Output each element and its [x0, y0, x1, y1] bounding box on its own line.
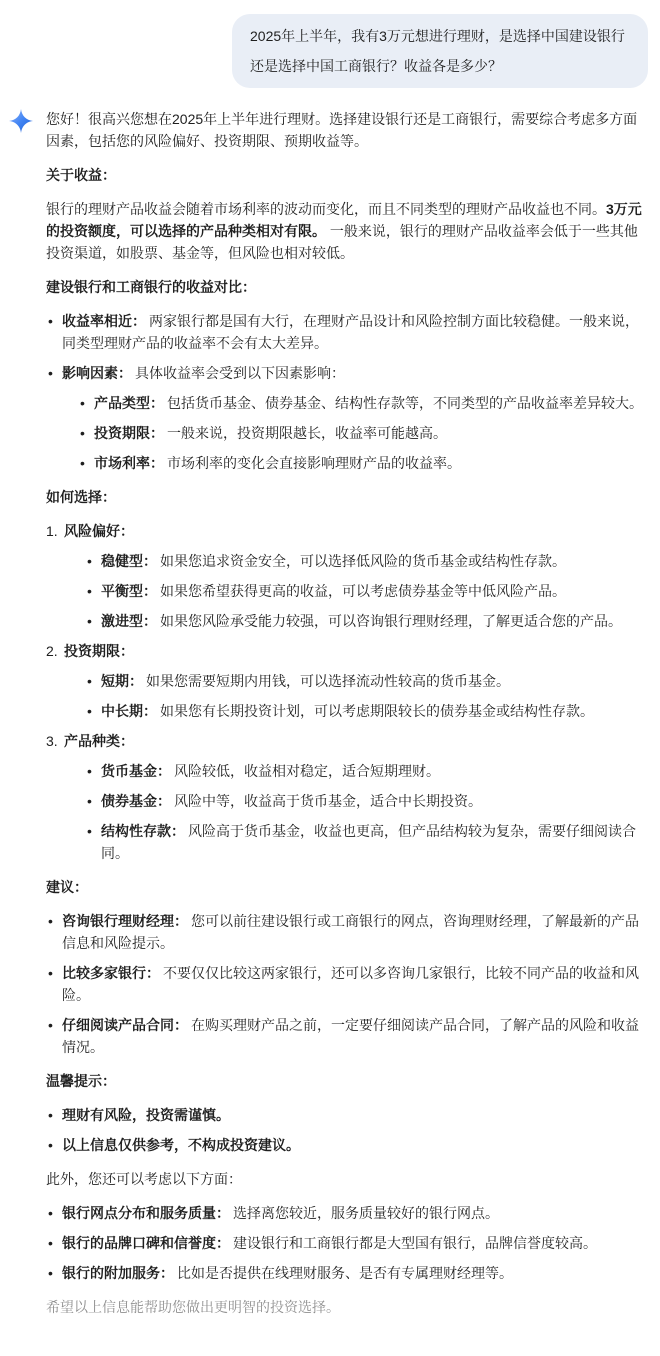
assistant-intro: 您好！很高兴您想在2025年上半年进行理财。选择建设银行还是工商银行，需要综合考…	[46, 108, 645, 152]
item-text: 风险较低，收益相对稳定，适合短期理财。	[174, 763, 440, 779]
assistant-message: 您好！很高兴您想在2025年上半年进行理财。选择建设银行还是工商银行，需要综合考…	[46, 108, 645, 1330]
income-text-pre: 银行的理财产品收益会随着市场利率的波动而变化，而且不同类型的理财产品收益也不同。	[46, 201, 606, 217]
section-heading-extra: 此外，您还可以考虑以下方面：	[46, 1168, 645, 1190]
list-item: 货币基金：风险较低，收益相对稳定，适合短期理财。	[85, 760, 645, 782]
user-message-text: 2025年上半年，我有3万元想进行理财，是选择中国建设银行还是选择中国工商银行？…	[250, 28, 625, 74]
item-label: 影响因素：	[62, 365, 132, 381]
item-text: 市场利率的变化会直接影响理财产品的收益率。	[167, 455, 461, 471]
list-item: 银行的附加服务：比如是否提供在线理财服务、是否有专属理财经理等。	[46, 1262, 645, 1284]
list-item: 影响因素：具体收益率会受到以下因素影响： 产品类型：包括货币基金、债券基金、结构…	[46, 362, 645, 474]
list-item: 理财有风险，投资需谨慎。	[46, 1104, 645, 1126]
income-paragraph: 银行的理财产品收益会随着市场利率的波动而变化，而且不同类型的理财产品收益也不同。…	[46, 198, 645, 264]
list-item: 比较多家银行：不要仅仅比较这两家银行，还可以多咨询几家银行，比较不同产品的收益和…	[46, 962, 645, 1006]
item-text: 包括货币基金、债券基金、结构性存款等，不同类型的产品收益率差异较大。	[167, 395, 643, 411]
item-label: 银行的附加服务：	[62, 1265, 174, 1281]
section-heading-income: 关于收益：	[46, 164, 645, 186]
item-label: 短期：	[101, 673, 143, 689]
item-text: 比如是否提供在线理财服务、是否有专属理财经理等。	[177, 1265, 513, 1281]
list-item: 投资期限：一般来说，投资期限越长，收益率可能越高。	[78, 422, 645, 444]
item-label: 中长期：	[101, 703, 157, 719]
list-item: 以上信息仅供参考，不构成投资建议。	[46, 1134, 645, 1156]
item-label: 产品种类：	[64, 733, 134, 749]
choose-list: 风险偏好： 稳健型：如果您追求资金安全，可以选择低风险的货币基金或结构性存款。 …	[46, 520, 645, 864]
list-item: 银行的品牌口碑和信誉度：建设银行和工商银行都是大型国有银行，品牌信誉度较高。	[46, 1232, 645, 1254]
list-item: 产品种类： 货币基金：风险较低，收益相对稳定，适合短期理财。 债券基金：风险中等…	[46, 730, 645, 864]
extra-list: 银行网点分布和服务质量：选择离您较近，服务质量较好的银行网点。 银行的品牌口碑和…	[46, 1202, 645, 1284]
item-text: 选择离您较近，服务质量较好的银行网点。	[233, 1205, 499, 1221]
item-label: 风险偏好：	[64, 523, 134, 539]
list-item: 短期：如果您需要短期内用钱，可以选择流动性较高的货币基金。	[85, 670, 645, 692]
gemini-sparkle-icon	[9, 109, 33, 133]
item-label: 结构性存款：	[101, 823, 185, 839]
item-label: 银行的品牌口碑和信誉度：	[62, 1235, 230, 1251]
item-label: 银行网点分布和服务质量：	[62, 1205, 230, 1221]
item-label: 稳健型：	[101, 553, 157, 569]
advice-list: 咨询银行理财经理：您可以前往建设银行或工商银行的网点，咨询理财经理，了解最新的产…	[46, 910, 645, 1058]
item-label: 仔细阅读产品合同：	[62, 1017, 188, 1033]
section-heading-advice: 建议：	[46, 876, 645, 898]
item-text: 如果您追求资金安全，可以选择低风险的货币基金或结构性存款。	[160, 553, 566, 569]
user-message-row: 2025年上半年，我有3万元想进行理财，是选择中国建设银行还是选择中国工商银行？…	[0, 0, 660, 88]
item-text: 如果您需要短期内用钱，可以选择流动性较高的货币基金。	[146, 673, 510, 689]
compare-list: 收益率相近：两家银行都是国有大行，在理财产品设计和风险控制方面比较稳健。一般来说…	[46, 310, 645, 474]
item-text: 如果您风险承受能力较强，可以咨询银行理财经理，了解更适合您的产品。	[160, 613, 622, 629]
item-label: 咨询银行理财经理：	[62, 913, 188, 929]
item-label: 平衡型：	[101, 583, 157, 599]
item-label: 货币基金：	[101, 763, 171, 779]
tips-list: 理财有风险，投资需谨慎。 以上信息仅供参考，不构成投资建议。	[46, 1104, 645, 1156]
item-label: 以上信息仅供参考，不构成投资建议。	[62, 1137, 300, 1153]
list-item: 稳健型：如果您追求资金安全，可以选择低风险的货币基金或结构性存款。	[85, 550, 645, 572]
list-item: 银行网点分布和服务质量：选择离您较近，服务质量较好的银行网点。	[46, 1202, 645, 1224]
item-label: 债券基金：	[101, 793, 171, 809]
item-text: 如果您有长期投资计划，可以考虑期限较长的债券基金或结构性存款。	[160, 703, 594, 719]
list-item: 投资期限： 短期：如果您需要短期内用钱，可以选择流动性较高的货币基金。 中长期：…	[46, 640, 645, 722]
item-label: 理财有风险，投资需谨慎。	[62, 1107, 230, 1123]
section-heading-compare: 建设银行和工商银行的收益对比：	[46, 276, 645, 298]
list-item: 仔细阅读产品合同：在购买理财产品之前，一定要仔细阅读产品合同，了解产品的风险和收…	[46, 1014, 645, 1058]
item-label: 产品类型：	[94, 395, 164, 411]
item-label: 投资期限：	[94, 425, 164, 441]
list-item: 市场利率：市场利率的变化会直接影响理财产品的收益率。	[78, 452, 645, 474]
user-message-bubble: 2025年上半年，我有3万元想进行理财，是选择中国建设银行还是选择中国工商银行？…	[232, 14, 648, 88]
item-text: 一般来说，投资期限越长，收益率可能越高。	[167, 425, 447, 441]
compare-sublist: 产品类型：包括货币基金、债券基金、结构性存款等，不同类型的产品收益率差异较大。 …	[78, 392, 645, 474]
section-heading-choose: 如何选择：	[46, 486, 645, 508]
item-text: 风险中等，收益高于货币基金，适合中长期投资。	[174, 793, 482, 809]
item-label: 收益率相近：	[62, 313, 146, 329]
item-text: 两家银行都是国有大行，在理财产品设计和风险控制方面比较稳健。一般来说，同类型理财…	[62, 313, 639, 351]
section-heading-tips: 温馨提示：	[46, 1070, 645, 1092]
item-text: 具体收益率会受到以下因素影响：	[135, 365, 345, 381]
list-item: 产品类型：包括货币基金、债券基金、结构性存款等，不同类型的产品收益率差异较大。	[78, 392, 645, 414]
item-label: 投资期限：	[64, 643, 134, 659]
item-text: 如果您希望获得更高的收益，可以考虑债券基金等中低风险产品。	[160, 583, 566, 599]
choose-sublist: 稳健型：如果您追求资金安全，可以选择低风险的货币基金或结构性存款。 平衡型：如果…	[85, 550, 645, 632]
list-item: 平衡型：如果您希望获得更高的收益，可以考虑债券基金等中低风险产品。	[85, 580, 645, 602]
list-item: 债券基金：风险中等，收益高于货币基金，适合中长期投资。	[85, 790, 645, 812]
list-item: 咨询银行理财经理：您可以前往建设银行或工商银行的网点，咨询理财经理，了解最新的产…	[46, 910, 645, 954]
list-item: 中长期：如果您有长期投资计划，可以考虑期限较长的债券基金或结构性存款。	[85, 700, 645, 722]
choose-sublist: 短期：如果您需要短期内用钱，可以选择流动性较高的货币基金。 中长期：如果您有长期…	[85, 670, 645, 722]
choose-sublist: 货币基金：风险较低，收益相对稳定，适合短期理财。 债券基金：风险中等，收益高于货…	[85, 760, 645, 864]
list-item: 风险偏好： 稳健型：如果您追求资金安全，可以选择低风险的货币基金或结构性存款。 …	[46, 520, 645, 632]
item-label: 激进型：	[101, 613, 157, 629]
list-item: 结构性存款：风险高于货币基金，收益也更高，但产品结构较为复杂，需要仔细阅读合同。	[85, 820, 645, 864]
list-item: 收益率相近：两家银行都是国有大行，在理财产品设计和风险控制方面比较稳健。一般来说…	[46, 310, 645, 354]
assistant-response-row: 您好！很高兴您想在2025年上半年进行理财。选择建设银行还是工商银行，需要综合考…	[0, 88, 660, 1356]
item-text: 建设银行和工商银行都是大型国有银行，品牌信誉度较高。	[233, 1235, 597, 1251]
list-item: 激进型：如果您风险承受能力较强，可以咨询银行理财经理，了解更适合您的产品。	[85, 610, 645, 632]
item-label: 市场利率：	[94, 455, 164, 471]
assistant-closing: 希望以上信息能帮助您做出更明智的投资选择。	[46, 1296, 645, 1318]
item-label: 比较多家银行：	[62, 965, 160, 981]
